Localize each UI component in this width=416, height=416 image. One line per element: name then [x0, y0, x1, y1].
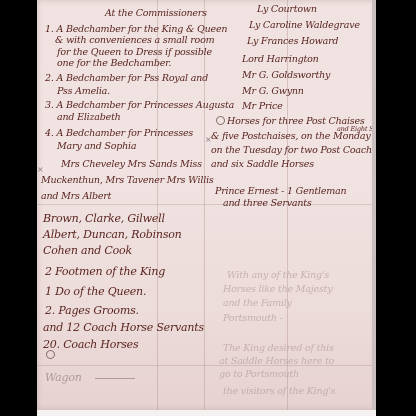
servants-line: Brown, Clarke, Gilwell	[43, 213, 165, 224]
faint-note-line: the visitors of the King's	[223, 386, 335, 397]
faint-note-line: Horses like the Majesty	[223, 284, 332, 295]
page-edge	[37, 410, 376, 416]
list-item: Mary and Sophia	[57, 141, 136, 152]
horses-note-line: and six Saddle Horses	[211, 159, 314, 170]
numbered-line: 1 Do of the Queen.	[45, 286, 146, 297]
list-item: 4. A Bedchamber for Princesses	[45, 128, 193, 139]
faint-rule	[95, 378, 135, 379]
name-line: Ly Courtown	[257, 4, 317, 15]
numbered-line: 20. Coach Horses	[43, 339, 138, 350]
list-item: & with conveniences a small room	[55, 35, 214, 46]
servants-line: Albert, Duncan, Robinson	[43, 229, 182, 240]
list-item: Pss Amelia.	[57, 86, 110, 97]
scan-background-right	[376, 0, 416, 416]
numbered-line: and 12 Coach Horse Servants	[43, 322, 204, 333]
cross-mark: ×	[205, 135, 212, 144]
attendants-line: Muckenthun, Mrs Tavener Mrs Willis	[41, 175, 214, 186]
fold-line-horizontal	[37, 204, 376, 205]
faint-note-line: go to Portsmouth	[219, 369, 299, 380]
manuscript-page: At the Commissioners 1. A Bedchamber for…	[37, 0, 376, 410]
name-line: Lord Harrington	[242, 54, 319, 65]
list-item: 1. A Bedchamber for the King & Queen	[45, 24, 227, 35]
prince-note-line: and three Servants	[223, 198, 312, 209]
name-line: Mr Price	[242, 101, 283, 112]
horses-note-line: & five Postchaises, on the Monday	[211, 131, 371, 142]
name-line: Ly Caroline Waldegrave	[249, 20, 360, 31]
numbered-line: 2. Pages Grooms.	[45, 305, 139, 316]
circle-mark	[46, 350, 55, 359]
faint-note-line: With any of the King's	[227, 270, 329, 281]
faint-note-line: The King desired of this	[223, 343, 334, 354]
faint-note-line: at Saddle Horses here to	[219, 356, 334, 367]
servants-line: Cohen and Cook	[43, 245, 132, 256]
name-line: Mr G. Goldsworthy	[242, 70, 330, 81]
list-item: 3. A Bedchamber for Princesses Augusta	[45, 100, 234, 111]
list-item: 2. A Bedchamber for Pss Royal and	[45, 73, 208, 84]
left-heading: At the Commissioners	[105, 8, 207, 19]
list-item: and Elizabeth	[57, 112, 121, 123]
name-line: Mr G. Gwynn	[242, 86, 304, 97]
scan-background-left	[0, 0, 37, 416]
numbered-line: 2 Footmen of the King	[45, 266, 165, 277]
page-edge	[372, 0, 376, 416]
name-line: Ly Frances Howard	[247, 36, 338, 47]
attendants-line: and Mrs Albert	[41, 191, 111, 202]
fold-line-vertical	[204, 0, 205, 410]
faint-note-line: Portsmouth -	[223, 313, 283, 324]
list-item: for the Queen to Dress if possible	[57, 47, 212, 58]
faint-word: Wagon	[45, 372, 82, 383]
circle-mark	[216, 116, 225, 125]
list-item: one for the Bedchamber.	[57, 58, 171, 69]
cross-mark: ×	[37, 165, 44, 174]
horses-note-line: on the Tuesday for two Post Coaches	[211, 145, 376, 156]
attendants-line: Mrs Cheveley Mrs Sands Miss	[61, 159, 202, 170]
prince-note-line: Prince Ernest - 1 Gentleman	[215, 186, 346, 197]
faint-note-line: and the Family	[223, 298, 292, 309]
